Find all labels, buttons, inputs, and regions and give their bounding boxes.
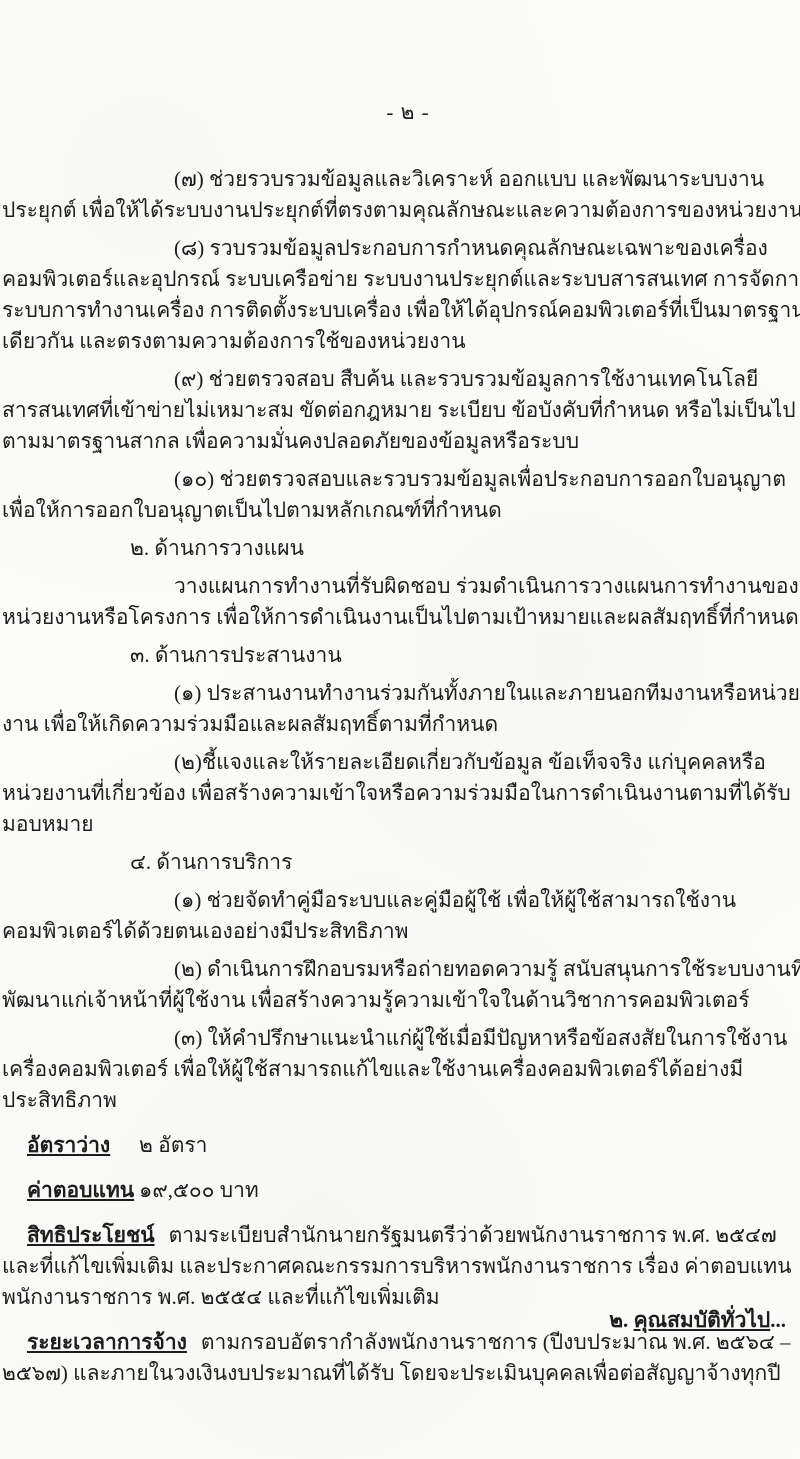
benefits-row: สิทธิประโยชน์ตามระเบียบสำนักนายกรัฐมนตรี… (2, 1220, 800, 1313)
page-number: - ๒ - (2, 97, 800, 128)
continuation-note: ๒. คุณสมบัติทั่วไป... (609, 1305, 786, 1336)
planning-paragraph: วางแผนการทำงานที่รับผิดชอบ ร่วมดำเนินการ… (2, 571, 800, 633)
salary-value: ๑๙,๕๐๐ บาท (139, 1178, 259, 1202)
employment-period-label: ระยะเวลาการจ้าง (27, 1330, 187, 1354)
employment-period-row: ระยะเวลาการจ้างตามกรอบอัตรากำลังพนักงานร… (2, 1327, 800, 1389)
benefits-label: สิทธิประโยชน์ (27, 1223, 155, 1247)
service-item-3: (๓) ให้คำปรึกษาแนะนำแก่ผู้ใช้เมื่อมีปัญห… (2, 1023, 800, 1116)
coordination-item-1: (๑) ประสานงานทำงานร่วมกันทั้งภายในและภาย… (2, 678, 800, 740)
continuation-prefix: ๒. (609, 1308, 633, 1332)
duty-item-7: (๗) ช่วยรวบรวมข้อมูลและวิเคราะห์ ออกแบบ … (2, 164, 800, 226)
vacancy-row: อัตราว่าง๒ อัตรา (2, 1130, 800, 1161)
section-heading-coordination: ๓. ด้านการประสานงาน (2, 640, 800, 671)
coordination-item-2: (๒)ชี้แจงและให้รายละเอียดเกี่ยวกับข้อมูล… (2, 747, 800, 840)
service-item-1: (๑) ช่วยจัดทำคู่มือระบบและคู่มือผู้ใช้ เ… (2, 885, 800, 947)
vacancy-value: ๒ อัตรา (139, 1133, 207, 1157)
salary-row: ค่าตอบแทน๑๙,๕๐๐ บาท (2, 1175, 800, 1206)
vacancy-label: อัตราว่าง (27, 1130, 139, 1161)
continuation-ellipsis: ... (770, 1308, 786, 1332)
section-heading-planning: ๒. ด้านการวางแผน (2, 533, 800, 564)
salary-label: ค่าตอบแทน (27, 1175, 139, 1206)
document-page: - ๒ - (๗) ช่วยรวบรวมข้อมูลและวิเคราะห์ อ… (0, 0, 800, 1459)
document-content: - ๒ - (๗) ช่วยรวบรวมข้อมูลและวิเคราะห์ อ… (2, 97, 800, 1389)
service-item-2: (๒) ดำเนินการฝึกอบรมหรือถ่ายทอดความรู้ ส… (2, 954, 800, 1016)
continuation-title: คุณสมบัติทั่วไป (634, 1308, 771, 1332)
duty-item-10: (๑๐) ช่วยตรวจสอบและรวบรวมข้อมูลเพื่อประก… (2, 464, 800, 526)
section-heading-service: ๔. ด้านการบริการ (2, 847, 800, 878)
duty-item-8: (๘) รวบรวมข้อมูลประกอบการกำหนดคุณลักษณะเ… (2, 233, 800, 357)
duty-item-9: (๙) ช่วยตรวจสอบ สืบค้น และรวบรวมข้อมูลกา… (2, 364, 800, 457)
